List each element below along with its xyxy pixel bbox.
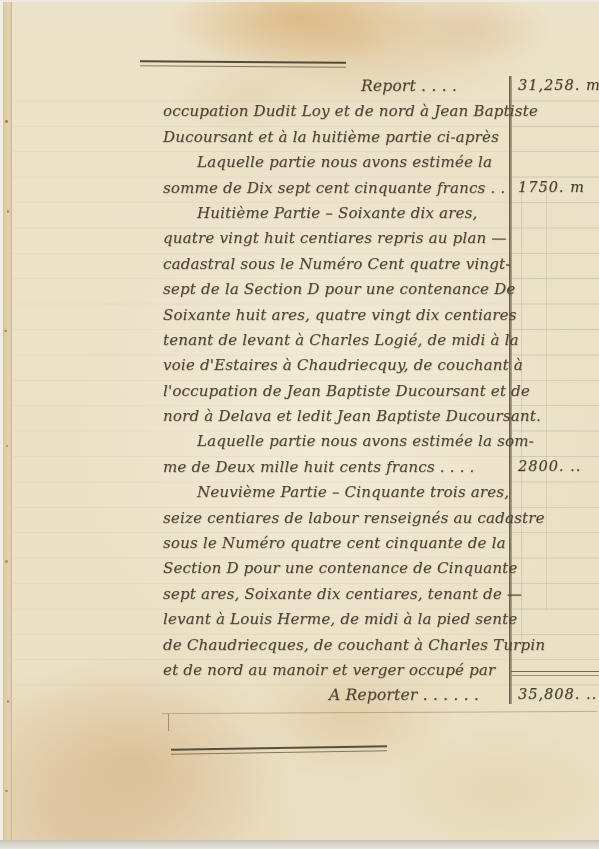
line-text: Report . . . . bbox=[361, 77, 457, 95]
line-text: Section D pour une contenance de Cinquan… bbox=[163, 559, 518, 577]
line-text: sept ares, Soixante dix centiares, tenan… bbox=[163, 585, 522, 603]
manuscript-line: Laquelle partie nous avons estimée la so… bbox=[163, 429, 519, 454]
line-text: et de nord au manoir et verger occupé pa… bbox=[163, 661, 495, 679]
line-text: voie d'Estaires à Chaudriecquy, de couch… bbox=[163, 356, 523, 374]
manuscript-line: nord à Delava et ledit Jean Baptiste Duc… bbox=[163, 404, 519, 429]
ledger-amount: 31,258. m bbox=[518, 74, 599, 99]
line-text: Neuvième Partie – Cinquante trois ares, bbox=[197, 483, 509, 501]
ledger-amount: 2800. .. bbox=[518, 455, 599, 480]
manuscript-line: de Chaudriecques, de couchant à Charles … bbox=[163, 633, 519, 658]
ledger-amount: 1750. m bbox=[518, 176, 599, 201]
manuscript-line: Huitième Partie – Soixante dix ares, bbox=[163, 201, 519, 226]
ledger-grid-vertical-line bbox=[546, 180, 547, 610]
scan-edge-top bbox=[0, 0, 599, 2]
line-text: occupation Dudit Loy et de nord à Jean B… bbox=[163, 102, 538, 120]
manuscript-line: Neuvième Partie – Cinquante trois ares, bbox=[163, 480, 519, 505]
line-text: seize centiares de labour renseignés au … bbox=[163, 509, 545, 527]
edge-speckle bbox=[4, 330, 7, 332]
manuscript-line: levant à Louis Herme, de midi à la pied … bbox=[163, 607, 519, 632]
manuscript-line: Soixante huit ares, quatre vingt dix cen… bbox=[163, 303, 519, 328]
top-divider-rule bbox=[140, 60, 346, 67]
manuscript-line: Laquelle partie nous avons estimée la bbox=[163, 150, 519, 175]
edge-speckle bbox=[6, 445, 8, 447]
ledger-amount: 35,808. .. bbox=[518, 683, 599, 708]
line-text: Huitième Partie – Soixante dix ares, bbox=[197, 204, 478, 222]
edge-speckle bbox=[5, 120, 8, 123]
manuscript-line: et de nord au manoir et verger occupé pa… bbox=[163, 658, 519, 683]
manuscript-line: somme de Dix sept cent cinquante francs … bbox=[163, 176, 519, 201]
line-text: tenant de levant à Charles Logié, de mid… bbox=[163, 331, 519, 349]
manuscript-line: occupation Dudit Loy et de nord à Jean B… bbox=[163, 99, 519, 124]
line-text: somme de Dix sept cent cinquante francs … bbox=[163, 179, 505, 197]
manuscript-line: sept de la Section D pour une contenance… bbox=[163, 277, 519, 302]
line-text: sous le Numéro quatre cent cinquante de … bbox=[163, 534, 506, 552]
carry-forward-underline bbox=[162, 711, 597, 714]
manuscript-line: Section D pour une contenance de Cinquan… bbox=[163, 556, 519, 581]
line-text: de Chaudriecques, de couchant à Charles … bbox=[163, 636, 545, 654]
line-text: A Reporter . . . . . . bbox=[329, 686, 479, 704]
line-text: cadastral sous le Numéro Cent quatre vin… bbox=[163, 255, 511, 273]
line-text: Soixante huit ares, quatre vingt dix cen… bbox=[163, 306, 517, 324]
edge-speckle bbox=[5, 560, 8, 563]
line-text: sept de la Section D pour une contenance… bbox=[163, 280, 515, 298]
manuscript-text: Report . . . . 31,258. m occupation Dudi… bbox=[163, 74, 519, 709]
manuscript-line: Ducoursant et à la huitième partie ci-ap… bbox=[163, 125, 519, 150]
line-text: me de Deux mille huit cents francs . . .… bbox=[163, 458, 474, 476]
line-text: quatre vingt huit centiares repris au pl… bbox=[163, 229, 507, 247]
edge-speckle bbox=[5, 790, 8, 792]
manuscript-line: voie d'Estaires à Chaudriecquy, de couch… bbox=[163, 353, 519, 378]
manuscript-line: A Reporter . . . . . . 35,808. .. bbox=[163, 683, 519, 708]
total-separator-rule bbox=[511, 671, 599, 676]
edge-speckle bbox=[7, 210, 9, 213]
line-text: nord à Delava et ledit Jean Baptiste Duc… bbox=[163, 407, 541, 425]
scan-edge-bottom bbox=[0, 840, 599, 849]
line-text: Laquelle partie nous avons estimée la so… bbox=[197, 432, 534, 450]
manuscript-line: l'occupation de Jean Baptiste Ducoursant… bbox=[163, 379, 519, 404]
manuscript-line: Report . . . . 31,258. m bbox=[163, 74, 519, 99]
manuscript-line: sous le Numéro quatre cent cinquante de … bbox=[163, 531, 519, 556]
page-left-edge bbox=[3, 0, 12, 843]
line-text: Ducoursant et à la huitième partie ci-ap… bbox=[163, 128, 499, 146]
edge-speckle bbox=[7, 700, 9, 703]
bottom-divider-rule bbox=[171, 745, 387, 754]
line-text: Laquelle partie nous avons estimée la bbox=[197, 153, 492, 171]
manuscript-line: tenant de levant à Charles Logié, de mid… bbox=[163, 328, 519, 353]
line-text: levant à Louis Herme, de midi à la pied … bbox=[163, 610, 517, 628]
manuscript-line: seize centiares de labour renseignés au … bbox=[163, 506, 519, 531]
carry-forward-tick bbox=[168, 714, 169, 731]
manuscript-line: sept ares, Soixante dix centiares, tenan… bbox=[163, 582, 519, 607]
manuscript-line: quatre vingt huit centiares repris au pl… bbox=[163, 226, 519, 251]
manuscript-line: cadastral sous le Numéro Cent quatre vin… bbox=[163, 252, 519, 277]
line-text: l'occupation de Jean Baptiste Ducoursant… bbox=[163, 382, 530, 400]
manuscript-page: Report . . . . 31,258. m occupation Dudi… bbox=[0, 0, 599, 849]
manuscript-line: me de Deux mille huit cents francs . . .… bbox=[163, 455, 519, 480]
